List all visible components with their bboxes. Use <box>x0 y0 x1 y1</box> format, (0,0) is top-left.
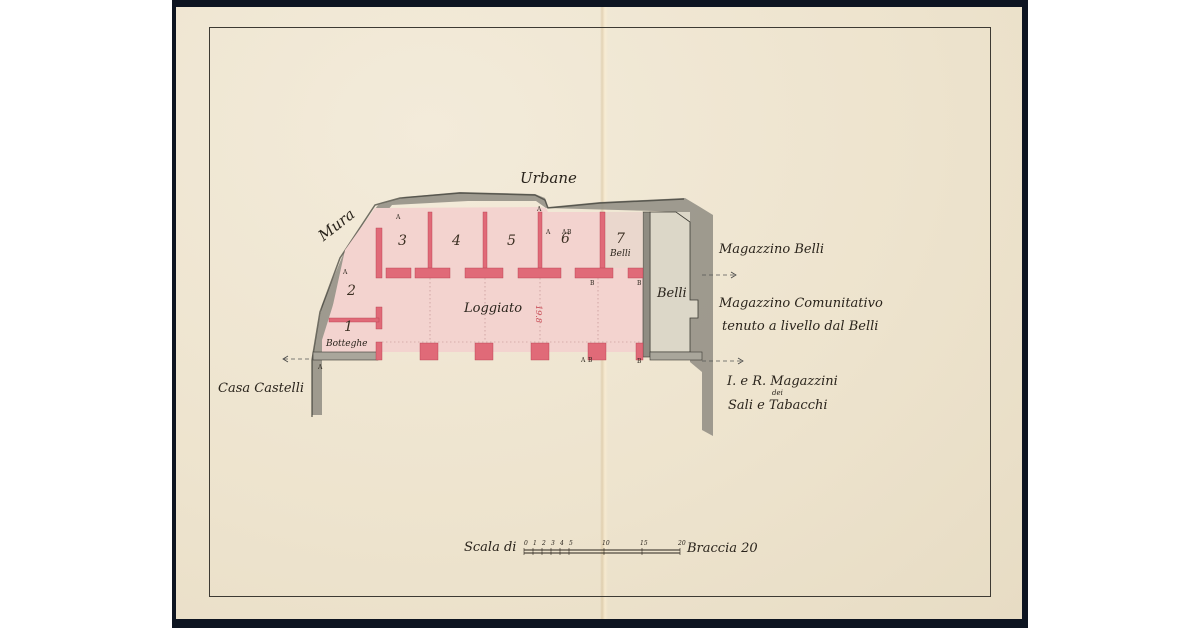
svg-text:A: A <box>536 206 542 213</box>
label-dimension: 19.8 <box>534 305 542 323</box>
svg-text:A: A <box>580 357 586 364</box>
svg-text:B: B <box>637 358 642 365</box>
scale-tick-3: 3 <box>551 541 555 547</box>
label-magazzino-belli: Magazzino Belli <box>719 243 824 256</box>
svg-text:B: B <box>637 280 642 287</box>
scale-tick-10: 10 <box>602 541 610 547</box>
svg-text:B: B <box>588 357 593 364</box>
label-dei: dei <box>772 390 783 397</box>
svg-text:A: A <box>545 229 551 236</box>
room-number-4: 4 <box>452 234 461 248</box>
label-magazzini: I. e R. Magazzini <box>727 375 838 388</box>
paper-sheet: A A A A A A B B B A B B Urba <box>176 7 1022 619</box>
room-number-1: 1 <box>344 320 353 334</box>
room-number-3: 3 <box>398 234 407 248</box>
scale-tick-1: 1 <box>533 541 537 547</box>
label-loggiato: Loggiato <box>464 302 522 315</box>
scale-prefix: Scala di <box>464 541 516 554</box>
svg-text:A: A <box>342 269 348 276</box>
scale-tick-2: 2 <box>542 541 546 547</box>
label-tenuto-livello: tenuto a livello dal Belli <box>722 320 878 333</box>
scale-tick-15: 15 <box>640 541 648 547</box>
room-number-5: 5 <box>507 234 516 248</box>
scale-unit-label: Braccia 20 <box>687 542 758 555</box>
scale-tick-0: 0 <box>524 541 528 547</box>
floor-plan: A A A A A A B B B A B B <box>176 7 1022 619</box>
label-wall-top: Urbane <box>520 171 577 186</box>
scale-bar-graphic <box>524 548 680 555</box>
room-number-6: 6 <box>561 232 570 246</box>
room-number-7: 7 <box>616 232 625 246</box>
room-number-2: 2 <box>347 284 356 298</box>
label-sali-tabacchi: Sali e Tabacchi <box>728 399 828 412</box>
label-casa-castelli: Casa Castelli <box>218 382 304 395</box>
label-botteghe: Botteghe <box>326 340 367 349</box>
scale-tick-5: 5 <box>569 541 573 547</box>
svg-text:A: A <box>317 364 323 371</box>
scale-tick-20: 20 <box>678 541 686 547</box>
loggiato-area <box>313 207 702 360</box>
svg-text:A: A <box>395 214 401 221</box>
scale-tick-4: 4 <box>560 541 564 547</box>
label-belli-room7: Belli <box>610 250 631 259</box>
label-magazzino-comunitativo: Magazzino Comunitativo <box>719 297 883 310</box>
svg-text:B: B <box>590 280 595 287</box>
label-belli-annex: Belli <box>657 287 687 300</box>
